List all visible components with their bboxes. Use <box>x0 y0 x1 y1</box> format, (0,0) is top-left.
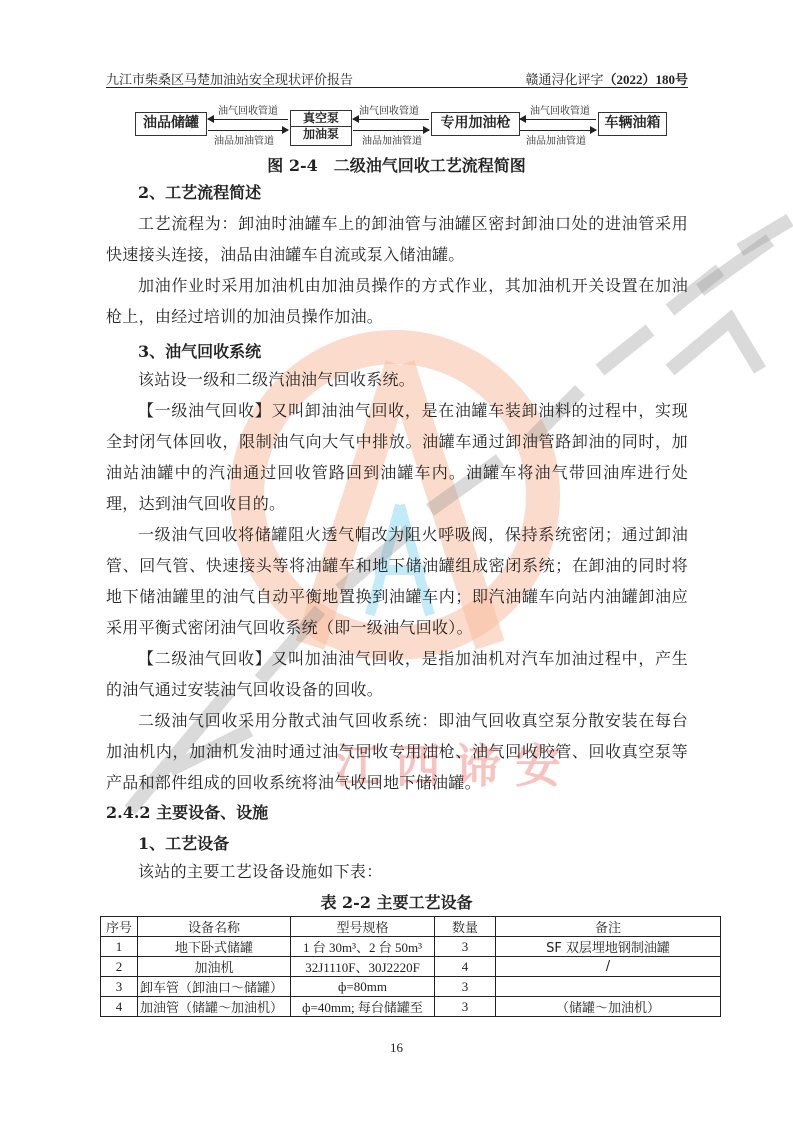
cell-model: 32J1110F、30J2220F <box>291 957 435 977</box>
pipe-label-fuel-3: 油品加油管道 <box>526 132 586 147</box>
paragraph: 加油作业时采用加油机由加油员操作的方式作业，其加油机开关设置在加油枪上，由经过培… <box>106 270 688 332</box>
col-header-model: 型号规格 <box>291 917 435 937</box>
cell-name: 地下卧式储罐 <box>138 937 291 957</box>
pipe-label-vapor-3: 油气回收管道 <box>530 102 590 117</box>
arrow-vapor-left-icon <box>520 119 596 120</box>
table-row: 4 加油管（储罐～加油机） ф=40mm; 每台储罐至 3 （储罐～加油机） <box>101 997 721 1017</box>
node-vacuum-pump: 真空泵 <box>291 111 351 126</box>
node-fuel-pump: 加油泵 <box>291 126 351 142</box>
col-header-remark: 备注 <box>496 917 721 937</box>
pipe-label-fuel-1: 油品加油管道 <box>214 132 274 147</box>
cell-qty: 4 <box>435 957 496 977</box>
pipe-label-fuel-2: 油品加油管道 <box>362 132 422 147</box>
cell-no: 3 <box>101 977 138 997</box>
paragraph: 【二级油气回收】又叫加油油气回收，是指加油机对汽车加油过程中，产生的油气通过安装… <box>106 643 688 705</box>
section-heading-vapor-recovery: 3、油气回收系统 <box>138 339 261 362</box>
section-heading-equipment: 2.4.2 主要设备、设施 <box>106 800 268 823</box>
table-header-row: 序号 设备名称 型号规格 数量 备注 <box>101 917 721 937</box>
table-row: 3 卸车管（卸油口～储罐） ф=80mm 3 <box>101 977 721 997</box>
cell-no: 4 <box>101 997 138 1017</box>
arrow-fuel-right-icon <box>208 130 288 131</box>
cell-name: 加油管（储罐～加油机） <box>138 997 291 1017</box>
cell-name: 加油机 <box>138 957 291 977</box>
arrow-fuel-right-icon <box>520 130 596 131</box>
cell-qty: 3 <box>435 997 496 1017</box>
cell-no: 1 <box>101 937 138 957</box>
col-header-no: 序号 <box>101 917 138 937</box>
pipe-label-vapor-1: 油气回收管道 <box>218 102 278 117</box>
node-oil-tank: 油品储罐 <box>135 112 207 136</box>
arrow-fuel-right-icon <box>353 130 429 131</box>
cell-name: 卸车管（卸油口～储罐） <box>138 977 291 997</box>
cell-remark <box>496 977 721 997</box>
flow-diagram: 油品储罐 真空泵 加油泵 专用加油枪 车辆油箱 油气回收管道 油品加油管道 油气… <box>130 100 675 144</box>
paragraph: 工艺流程为：卸油时油罐车上的卸油管与油罐区密封卸油口处的进油管采用快速接头连接，… <box>106 208 688 270</box>
doc-number-prefix: 赣通浔化评字 <box>525 73 603 88</box>
section-heading-process: 2、工艺流程简述 <box>138 180 261 203</box>
pipe-label-vapor-2: 油气回收管道 <box>359 102 419 117</box>
document-page: 江西谛安 九江市柴桑区马楚加油站安全现状评价报告 赣通浔化评字（2022）180… <box>0 0 793 1122</box>
cell-remark: （储罐～加油机） <box>496 997 721 1017</box>
paragraph: 一级油气回收将储罐阻火透气帽改为阻火呼吸阀，保持系统密闭；通过卸油管、回气管、快… <box>106 519 688 643</box>
cell-model: ф=40mm; 每台储罐至 <box>291 997 435 1017</box>
equipment-table: 序号 设备名称 型号规格 数量 备注 1 地下卧式储罐 1 台 30m³、2 台… <box>100 916 721 1017</box>
page-header: 九江市柴桑区马楚加油站安全现状评价报告 赣通浔化评字（2022）180号 <box>106 68 688 88</box>
cell-qty: 3 <box>435 937 496 957</box>
arrow-vapor-left-icon <box>353 119 429 120</box>
cell-model: ф=80mm <box>291 977 435 997</box>
node-vehicle-tank: 车辆油箱 <box>598 112 667 136</box>
cell-qty: 3 <box>435 977 496 997</box>
col-header-name: 设备名称 <box>138 917 291 937</box>
doc-number-year: （2022）180号 <box>603 72 688 87</box>
figure-caption: 图 2-4 二级油气回收工艺流程简图 <box>0 153 793 176</box>
subsection-heading-process-equipment: 1、工艺设备 <box>138 831 229 854</box>
cell-no: 2 <box>101 957 138 977</box>
paragraph: 该站设一级和二级汽油油气回收系统。 <box>106 364 688 395</box>
paragraph: 二级油气回收采用分散式油气回收系统：即油气回收真空泵分散安装在每台加油机内，加油… <box>106 705 688 798</box>
arrow-vapor-left-icon <box>208 119 288 120</box>
node-special-nozzle: 专用加油枪 <box>431 112 520 136</box>
cell-model: 1 台 30m³、2 台 50m³ <box>291 937 435 957</box>
page-number: 16 <box>0 1040 793 1056</box>
paragraph: 该站的主要工艺设备设施如下表： <box>106 856 688 887</box>
table-title: 表 2-2 主要工艺设备 <box>0 890 793 913</box>
cell-remark: SF 双层埋地钢制油罐 <box>496 937 721 957</box>
report-title: 九江市柴桑区马楚加油站安全现状评价报告 <box>106 69 353 88</box>
cell-remark: / <box>496 957 721 977</box>
node-pumps: 真空泵 加油泵 <box>290 110 352 146</box>
paragraph: 【一级油气回收】又叫卸油油气回收，是在油罐车装卸油料的过程中，实现全封闭气体回收… <box>106 395 688 519</box>
col-header-qty: 数量 <box>435 917 496 937</box>
table-row: 2 加油机 32J1110F、30J2220F 4 / <box>101 957 721 977</box>
table-row: 1 地下卧式储罐 1 台 30m³、2 台 50m³ 3 SF 双层埋地钢制油罐 <box>101 937 721 957</box>
document-number: 赣通浔化评字（2022）180号 <box>525 69 688 88</box>
